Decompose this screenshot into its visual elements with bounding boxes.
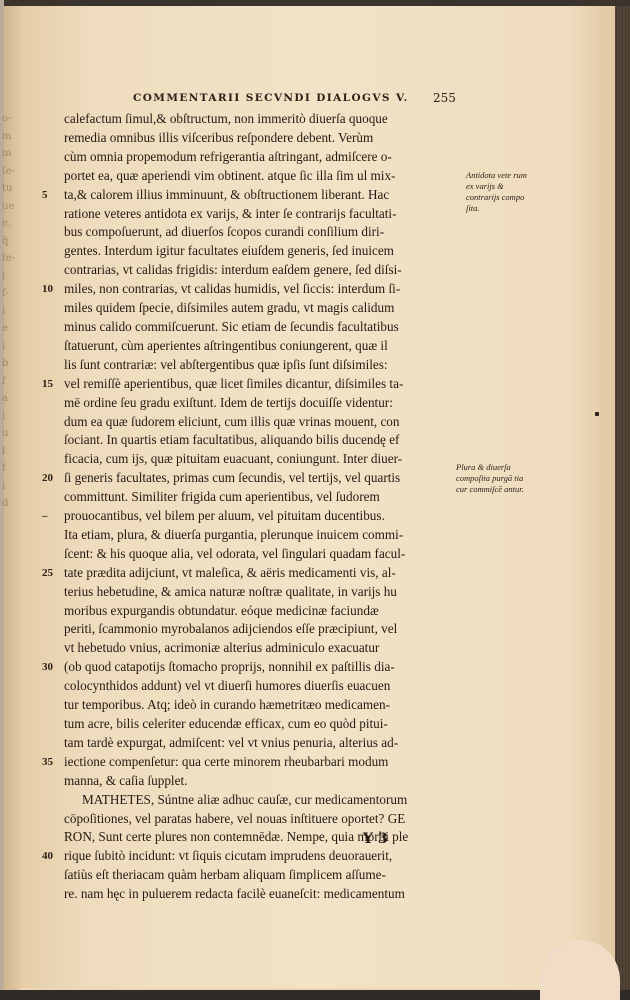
bleed-fragment: e	[2, 320, 18, 338]
line-number: –	[42, 507, 48, 526]
text-line: 15vel remiſſè aperientibus, quæ licet ſi…	[64, 375, 464, 394]
line-text: prouocantibus, vel bilem per aluum, vel …	[64, 508, 385, 523]
text-line: dum ea quæ ſudorem eliciunt, cum illis q…	[64, 413, 464, 432]
line-text: ta,& calorem illius imminuunt, & obſtruc…	[64, 187, 389, 202]
text-line: Ita etiam, plura, & diuerſa purgantia, p…	[64, 526, 464, 545]
marginal-gloss-purgantia: Plura & diuerſa compoſita purgā tia cur …	[456, 462, 526, 495]
text-line: moribus expurgandis obtundatur. eóque me…	[64, 602, 464, 621]
text-line: terius hebetudine, & amica naturæ noſtræ…	[64, 583, 464, 602]
text-line: –prouocantibus, vel bilem per aluum, vel…	[64, 507, 464, 526]
text-line: miles quidem ſpecie, diſsimiles autem gr…	[64, 299, 464, 318]
line-text: committunt. Similiter frigida cum aperie…	[64, 489, 380, 504]
bleed-fragment: m	[2, 128, 18, 146]
text-line: bus compoſuerunt, ad diuerſos ſcopos cur…	[64, 223, 464, 242]
text-line: tum acre, bilis celeriter educendæ effic…	[64, 715, 464, 734]
bleed-fragment: i	[2, 478, 18, 496]
line-text: remedia omnibus illis viſceribus reſpond…	[64, 130, 373, 145]
text-line: mē ordine ſeu gradu exiſtunt. Idem de te…	[64, 394, 464, 413]
line-text: iectione compenſetur: qua certe minorem …	[64, 754, 388, 769]
line-text: Ita etiam, plura, & diuerſa purgantia, p…	[64, 527, 403, 542]
line-text: tum acre, bilis celeriter educendæ effic…	[64, 716, 388, 731]
text-line: cùm omnia propemodum refrigerantia aſtri…	[64, 148, 464, 167]
text-line: contrarias, vt calidas frigidis: interdu…	[64, 261, 464, 280]
line-text: mē ordine ſeu gradu exiſtunt. Idem de te…	[64, 395, 393, 410]
line-text: colocynthidos addunt) vel vt diuerſi hum…	[64, 678, 390, 693]
line-text: ſcent: & his quoque alia, vel odorata, v…	[64, 546, 405, 561]
bleed-fragment: a	[2, 390, 18, 408]
text-line: 40rique ſubitò incidunt: vt ſiquis cicut…	[64, 847, 464, 866]
line-text: miles quidem ſpecie, diſsimiles autem gr…	[64, 300, 394, 315]
line-text: tate prædita adijciunt, vt maleſica, & a…	[64, 565, 396, 580]
line-number: 10	[42, 280, 53, 299]
text-line: vt hebetudo vnius, acrimoniæ alterius ad…	[64, 639, 464, 658]
line-text: MATHETES, Súntne aliæ adhuc cauſæ, cur m…	[82, 792, 407, 807]
bleed-fragment: ſe-	[2, 250, 18, 268]
bleed-fragment: m	[2, 145, 18, 163]
line-text: portet ea, quæ aperiendi vim obtinent. a…	[64, 168, 395, 183]
bleed-fragment: l	[2, 443, 18, 461]
line-text: re. nam hęc in puluerem redacta facilè e…	[64, 886, 405, 901]
text-line: periti, ſcammonio myrobalanos adijciendo…	[64, 620, 464, 639]
line-text: tur temporibus. Atq; ideò in curando hæm…	[64, 697, 390, 712]
line-text: rique ſubitò incidunt: vt ſiquis cicutam…	[64, 848, 392, 863]
bleed-fragment: b	[2, 355, 18, 373]
signature-mark: Y 3	[363, 831, 388, 847]
text-line: tur temporibus. Atq; ideò in curando hæm…	[64, 696, 464, 715]
text-line: remedia omnibus illis viſceribus reſpond…	[64, 129, 464, 148]
bleed-fragment: i	[2, 268, 18, 286]
bleed-fragment: ſ-	[2, 285, 18, 303]
marginal-gloss-antidota: Antidota vete rum ex varijs & contrarijs…	[466, 170, 536, 214]
line-text: dum ea quæ ſudorem eliciunt, cum illis q…	[64, 414, 400, 429]
line-text: bus compoſuerunt, ad diuerſos ſcopos cur…	[64, 224, 384, 239]
bleed-fragment: f	[2, 460, 18, 478]
text-line: ſcent: & his quoque alia, vel odorata, v…	[64, 545, 464, 564]
text-line: ſociant. In quartis etiam facultatibus, …	[64, 431, 464, 450]
text-line: minus calido commiſcuerunt. Sic etiam de…	[64, 318, 464, 337]
bleed-fragment: i	[2, 303, 18, 321]
bleed-fragment: i	[2, 408, 18, 426]
line-text: terius hebetudine, & amica naturæ noſtræ…	[64, 584, 397, 599]
line-text: vt hebetudo vnius, acrimoniæ alterius ad…	[64, 640, 379, 655]
ink-speck	[595, 412, 599, 416]
text-line: re. nam hęc in puluerem redacta facilè e…	[64, 885, 464, 904]
text-line: 25tate prædita adijciunt, vt maleſica, &…	[64, 564, 464, 583]
bleed-fragment: u	[2, 425, 18, 443]
text-line: RON, Sunt certe plures non contemnēdæ. N…	[64, 828, 464, 847]
line-text: minus calido commiſcuerunt. Sic etiam de…	[64, 319, 399, 334]
bleed-fragment: ue	[2, 198, 18, 216]
folio-page-number: 255	[433, 91, 456, 105]
line-text: ſociant. In quartis etiam facultatibus, …	[64, 432, 399, 447]
line-text: RON, Sunt certe plures non contemnēdæ. N…	[64, 829, 408, 844]
line-text: ficacia, cum ijs, quæ pituitam euacuant,…	[64, 451, 402, 466]
line-text: ſatiùs eſt theriacam quàm herbam aliquam…	[64, 867, 386, 882]
line-text: tam tardè expurgat, admiſcent: vel vt vn…	[64, 735, 398, 750]
line-text: (ob quod catapotijs ſtomacho proprijs, n…	[64, 659, 395, 674]
line-text: lis ſunt contrariæ: vel abſtergentibus q…	[64, 357, 388, 372]
line-text: vel remiſſè aperientibus, quæ licet ſimi…	[64, 376, 403, 391]
text-line: 10miles, non contrarias, vt calidas humi…	[64, 280, 464, 299]
text-line: ratione veteres antidota ex varijs, & in…	[64, 205, 464, 224]
text-line: cōpoſitiones, vel paratas habere, vel no…	[64, 810, 464, 829]
bleed-fragment: ſe-	[2, 163, 18, 181]
bleed-fragment: o-	[2, 110, 18, 128]
book-bottom-edge	[0, 990, 630, 1000]
text-line: 20ſi generis facultates, primas cum ſecu…	[64, 469, 464, 488]
text-line: ſtatuerunt, cùm aperientes aſtringentibu…	[64, 337, 464, 356]
line-text: ratione veteres antidota ex varijs, & in…	[64, 206, 396, 221]
line-text: periti, ſcammonio myrobalanos adijciendo…	[64, 621, 397, 636]
line-number: 40	[42, 847, 53, 866]
line-text: miles, non contrarias, vt calidas humidi…	[64, 281, 400, 296]
body-text-block: calefactum ſimul,& obſtructum, non immer…	[64, 110, 464, 904]
line-text: ſi generis facultates, primas cum ſecund…	[64, 470, 400, 485]
text-line: calefactum ſimul,& obſtructum, non immer…	[64, 110, 464, 129]
line-text: cùm omnia propemodum refrigerantia aſtri…	[64, 149, 392, 164]
line-text: gentes. Interdum igitur facultates eiuſd…	[64, 243, 394, 258]
line-text: manna, & caſia ſupplet.	[64, 773, 187, 788]
bleed-fragment: q̄	[2, 233, 18, 251]
text-line: gentes. Interdum igitur facultates eiuſd…	[64, 242, 464, 261]
bleed-fragment: e.	[2, 215, 18, 233]
text-line: ſatiùs eſt theriacam quàm herbam aliquam…	[64, 866, 464, 885]
text-line: tam tardè expurgat, admiſcent: vel vt vn…	[64, 734, 464, 753]
line-text: ſtatuerunt, cùm aperientes aſtringentibu…	[64, 338, 388, 353]
line-number: 5	[42, 186, 48, 205]
text-line: committunt. Similiter frigida cum aperie…	[64, 488, 464, 507]
text-line: colocynthidos addunt) vel vt diuerſi hum…	[64, 677, 464, 696]
text-line: lis ſunt contrariæ: vel abſtergentibus q…	[64, 356, 464, 375]
line-number: 35	[42, 753, 53, 772]
text-line: 30(ob quod catapotijs ſtomacho proprijs,…	[64, 658, 464, 677]
line-text: contrarias, vt calidas frigidis: interdu…	[64, 262, 402, 277]
line-text: moribus expurgandis obtundatur. eóque me…	[64, 603, 379, 618]
line-text: cōpoſitiones, vel paratas habere, vel no…	[64, 811, 405, 826]
bleed-fragment: tu	[2, 180, 18, 198]
facing-page-bleed-text: o-mmſe-tuuee.q̄ſe-iſ-ieibſaiulfid	[2, 110, 18, 513]
text-line: portet ea, quæ aperiendi vim obtinent. a…	[64, 167, 464, 186]
bleed-fragment: d	[2, 495, 18, 513]
running-head: COMMENTARII SECVNDI DIALOGVS V.	[133, 92, 473, 104]
bleed-fragment: i	[2, 338, 18, 356]
bleed-fragment: ſ	[2, 373, 18, 391]
line-number: 20	[42, 469, 53, 488]
page-edges-stack	[615, 6, 630, 1000]
line-number: 30	[42, 658, 53, 677]
line-text: calefactum ſimul,& obſtructum, non immer…	[64, 111, 388, 126]
line-number: 25	[42, 564, 53, 583]
text-line: MATHETES, Súntne aliæ adhuc cauſæ, cur m…	[64, 791, 464, 810]
text-line: 35iectione compenſetur: qua certe minore…	[64, 753, 464, 772]
line-number: 15	[42, 375, 53, 394]
text-line: manna, & caſia ſupplet.	[64, 772, 464, 791]
text-line: ficacia, cum ijs, quæ pituitam euacuant,…	[64, 450, 464, 469]
text-line: 5ta,& calorem illius imminuunt, & obſtru…	[64, 186, 464, 205]
